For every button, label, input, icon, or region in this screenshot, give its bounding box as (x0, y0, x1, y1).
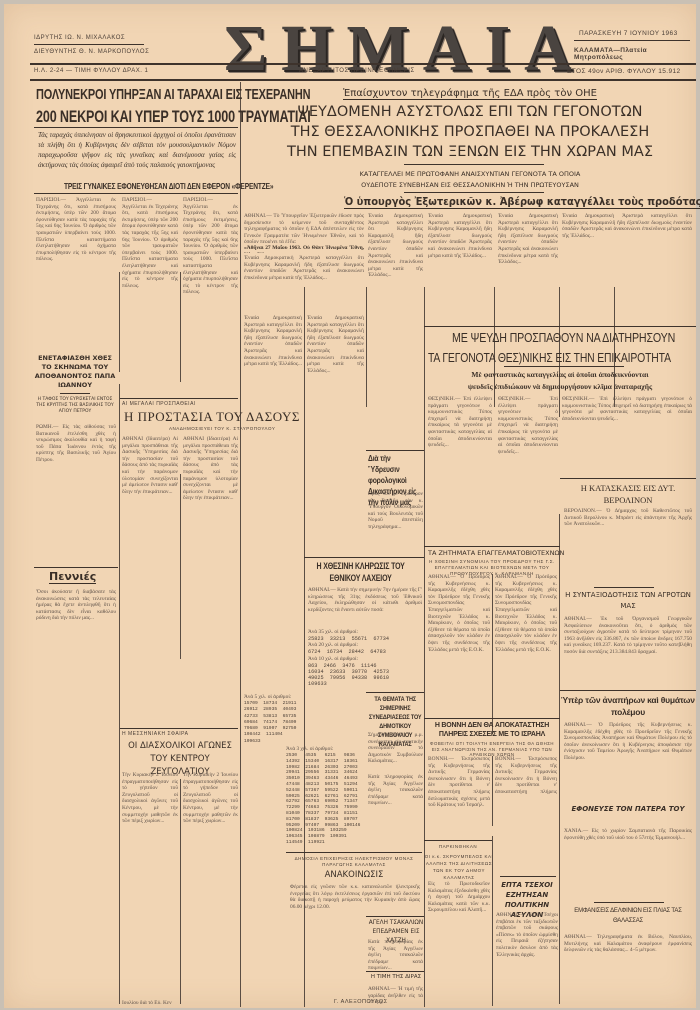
berlin-headline: Η ΚΑΤΑΣΚΑΣΙΣ ΕΙΣ ΔΥΤ. ΒΕΡΟΛΙΝΟΝ (560, 482, 696, 506)
lottery-group-label: Ἀνὰ 5 χιλ. οἱ ἀριθμοί: (244, 694, 304, 701)
dolphins-text: ΑΘΗΝΑΙ.— Τηλεγραφήματα ἐκ Βόλου, Ναυπλίο… (564, 934, 692, 1004)
lottery-results: Ἀνὰ 35 χιλ. οἱ ἀριθμοί: 25823 33213 5567… (308, 629, 422, 688)
czechs-text: ΑΘΗΝΑΙ.— Ἑπτὰ Τσέχοι ἐπιβάται ἐκ τῶν ταξ… (496, 912, 558, 1004)
sports-footer-line: Ιουλίου διὰ τὸ Εὐ. Κεν (122, 1000, 182, 1007)
main-text-col3: Ἑνιαία Δημοκρατικὴ Ἀριστερὰ καταγγέλλει … (428, 213, 492, 323)
mayor-headline: ΟΙ κ.κ. ΣΚΡΟΥΜΠΕΛΟΣ ΚΑΙ ΑΛΑΠΗΣ ΤΗΣ ΔΙΑΙΤ… (424, 853, 494, 881)
mayor-text: Εἰς τὸ Πρωτοδικεῖον Καλαμάτας ἐξεδικάσθη… (428, 881, 490, 1003)
minister-headline-text: Ὁ ὑπουργὸς Ἐξωτερικῶν κ. Ἀβέρωφ καταγγέλ… (344, 195, 700, 209)
price-line: Η.Λ. 2-24 — ΤΙΜΗ ΦΥΛΛΟΥ ΔΡΑΧ. 1 (34, 68, 148, 74)
dolphins-headline: ΕΜΦΑΝΙΣΕΙΣ ΔΕΛΦΙΝΙΩΝ ΕΙΣ ΠΛΙΑΣ ΤΑΣ ΘΑΛΑΣ… (560, 906, 696, 926)
main-text-col5: Ἑνιαία Δημοκρατικὴ Ἀριστερὰ καταγγέλλει … (562, 213, 692, 323)
craftsmen-headline: ΤΑ ΖΗΤΗΜΑΤΑ ΕΠΑΓΓΕΛΜΑΤΟΒΙΟΤΕΧΝΩΝ (428, 549, 564, 557)
main-headline-1: ΨΕΥΔΟΜΕΝΗ ΑΣΥΣΤΟΛΩΣ ΕΠΙ ΤΩΝ ΓΕΓΟΝΟΤΩΝ (244, 104, 696, 120)
left-lead-subhead: ΤΡΕΙΣ ΓΥΝΑΙΚΕΣ ΕΦΟΝΕΥΘΗΣΑΝ ΔΙΟΤΙ ΔΕΝ ΕΦΕ… (64, 181, 273, 191)
thess-text-col1: ΘΕΣ)ΝΙΚΗ.— Ἐπὶ ἐλλείψει πράγματι γεγονότ… (428, 396, 492, 546)
forest-text-col1: ΑΘΗΝΑΙ (Ιδιαιτέρα) Αἱ μεγάλαι προσπάθεια… (122, 436, 178, 656)
jackals-text: Κατὰ πληροφορίας ἐκ τῆς Ἀγίας Ἀγγέλων ἀγ… (368, 939, 423, 971)
founder-line: ΙΔΡΥΤΗΣ ΙΩ. Ν. ΜΙΧΑΛΑΚΟΣ (34, 35, 125, 41)
left-lead-deck: Τάς ταραχάς ὑπεκίνησαν οἱ θρησκευτικοὶ ἀ… (38, 130, 236, 174)
bread-price-text: ΑΘΗΝΑΙ.— Ἡ τιμὴ τῆς γαρίδας ἀνῆλθεν εἰς … (368, 986, 423, 1006)
issue-number: ΕΤΟΣ 49ον ΑΡΙΘ. ΦΥΛΛΟΥ 15.912 (567, 68, 680, 75)
lottery-headline: Η ΧΘΕΣΙΝΗ ΚΛΗΡΩΣΙΣ ΤΟΥ ΕΘΝΙΚΟΥ ΛΑΧΕΙΟΥ (306, 560, 415, 584)
father-text: ΧΑΝΙΑ.— Εἰς τὸ χωρίον Σαμπατιανὰ τῆς Παρ… (564, 828, 692, 888)
bonn-text-col2: ΒΟΝΝΗ.— Ἐκπρόσωπος τῆς Κυβερνήσεως τῆς Δ… (495, 756, 557, 796)
main-headline-3: ΤΗΝ ΕΠΕΜΒΑΣΙΝ ΤΩΝ ΞΕΝΩΝ ΕΙΣ ΤΗΝ ΧΩΡΑΝ ΜΑ… (244, 144, 696, 160)
pennies-text: Ὅσοι ἀκούσατε ἢ διαβάσατε τὰς ἀνακοινώσε… (36, 589, 116, 999)
mayor-kicker: ΠΑΡΚΙΝΘΗΚΑΝ (424, 844, 492, 849)
newspaper-page: ΙΔΡΥΤΗΣ ΙΩ. Ν. ΜΙΧΑΛΑΚΟΣ ΔΙΕΥΘΥΝΤΗΣ Θ. Ν… (4, 4, 696, 1008)
lottery-group-label: Ἀνὰ 20 χιλ. οἱ ἀριθμοί: (308, 642, 422, 649)
council-text: Σήμερον ὥραν 7 μ.μ. συνέρχεται εἰς τακτι… (368, 732, 423, 772)
funeral-headline: ΕΝΕΤΑΦΙΑΣΘΗ ΧΘΕΣ ΤΟ ΣΚΗΝΩΜΑ ΤΟΥ ΑΠΟΘΑΝΟΝ… (34, 354, 116, 390)
main-kicker-text: Ἐπαίσχυντον τηλεγράφημα τῆς ΕΔΑ πρὸς τὸν… (343, 88, 597, 100)
main-kicker: Ἐπαίσχυντον τηλεγράφημα τῆς ΕΔΑ πρὸς τὸν… (244, 88, 696, 99)
lottery-group-label: Ἀνὰ 10 χιλ. οἱ ἀριθμοί: (308, 656, 422, 663)
pensions-headline: Η ΣΥΝΤΑΞΙΟΔΟΤΗΣΙΣ ΤΩΝ ΑΓΡΟΤΩΝ ΜΑΣ (560, 590, 696, 612)
thess-text-col2: ΘΕΣ)ΝΙΚΗ.— Ἐπὶ ἐλλείψει πράγματι γεγονότ… (498, 396, 558, 546)
thess-deck-2: ψευδεῖς ἐπιδιώκουν νὰ δημιουργήσουν κλῖμ… (424, 382, 696, 391)
main-text-col2: Ἑνιαία Δημοκρατικὴ Ἀριστερὰ καταγγέλλει … (368, 213, 423, 323)
director-line: ΔΙΕΥΘΥΝΤΗΣ Θ. Ν. ΜΑΡΚΟΠΟΥΛΟΣ (34, 49, 149, 55)
bonn-headline: Η ΒΟΝΝΗ ΔΕΝ ΘΑ ΑΠΟΚΑΤΑΣΤΗΣΗ ΠΛΗΡΕΙΣ ΣΧΕΣ… (424, 721, 560, 739)
misc-text: Κατὰ πληροφορίας ἐκ τῆς Ἀγίας Ἀγγέλων ἀγ… (368, 774, 423, 919)
father-headline: ΕΦΟΝΕΥΣΕ ΤΟΝ ΠΑΤΕΡΑ ΤΟΥ (560, 804, 696, 814)
lottery-results-cont: Ἀνὰ 5 χιλ. οἱ ἀριθμοί: 15709 18734 21911… (244, 694, 304, 745)
thess-deck-1: Μὲ φανταστικὰς καταγγελίας αἱ ὁποῖαι ἀπο… (424, 370, 696, 379)
forest-text-col2: ΑΘΗΝΑΙ (Ιδιαιτέρα) Αἱ μεγάλαι προσπάθεια… (183, 436, 238, 656)
minister-headline: Ὁ ὑπουργὸς Ἐξωτερικῶν κ. Ἀβέρωφ καταγγέλ… (344, 195, 696, 208)
tagline: ΑΝΕΞΑΡΤΗΤΟΣ ΠΡΩΙΝΗ ΕΦΗΜΕΡΙΣ (299, 68, 415, 74)
thess-text-col3: ΘΕΣ)ΝΙΚΗ.— Ἐπὶ ἐλλείψει πράγματι γεγονότ… (562, 396, 692, 476)
main-sub-2: ΟΥΔΕΠΟΤΕ ΣΥΝΕΒΗΣΑΝ ΕΙΣ ΘΕΣΣΑΛΟΝΙΚΗΝ Ἡ ΤΗ… (244, 181, 696, 189)
lottery-group-numbers: 15709 18734 21911 26912 28935 40493 4273… (244, 701, 304, 745)
funeral-text: ΡΩΜΗ.— Εἰς τὰς αἰθούσας τοῦ Βατικανοῦ ἐτ… (36, 424, 116, 564)
lottery-group-label: Ἀνὰ 35 χιλ. οἱ ἀριθμοί: (308, 629, 422, 636)
main-quote-head: «Ἀθῆναι 27 Μαΐου 1963. Οὐ Θὰντ Ἡνωμένα Ἔ… (244, 245, 364, 253)
location: ΚΑΛΑΜΑΤΑ—Πλατεία Μητροπόλεως (574, 47, 696, 61)
funeral-headline-box: ΕΝΕΤΑΦΙΑΣΘΗ ΧΘΕΣ ΤΟ ΣΚΗΝΩΜΑ ΤΟΥ ΑΠΟΘΑΝΟΝ… (34, 354, 116, 415)
forest-kicker: ΑΙ ΜΕΓΑΛΑΙ ΠΡΟΣΠΑΘΕΙΑΙ (122, 401, 196, 407)
invalids-headline: Ὑπὲρ τῶν ἀναπήρων καὶ θυμάτων πολέμου (560, 694, 696, 718)
left-lead-text-col2: ΠΑΡΙΣΙΟΙ.— Ἀγγέλλεται ἐκ Τεχεράνης ὅτι, … (122, 197, 178, 372)
lottery-intro: ΑΘΗΝΑΙ.— Κατὰ τὴν σημερινὴν 7ην ἡμέραν τ… (308, 587, 422, 627)
pennies-title: Πεννιές (49, 570, 96, 584)
main-text-col2-cont: Ἑνιαία Δημοκρατικὴ Ἀριστερὰ καταγγέλλει … (307, 315, 364, 450)
pensions-text: ΑΘΗΝΑΙ.— Ἐκ τοῦ Ὀργανισμοῦ Γεωργικῶν Ἀσφ… (564, 616, 692, 676)
craftsmen-text-col2: ΑΘΗΝΑΙ.— Ὁ Πρόεδρος τῆς Κυβερνήσεως κ. Κ… (495, 574, 557, 734)
main-sub-1: ΚΑΤΑΓΓΕΛΛΕΙ ΜΕ ΠΡΩΤΟΦΑΝΗ ΑΝΑΙΣΧΥΝΤΙΑΝ ΓΕ… (244, 170, 696, 178)
left-lead-text-col3: ΠΑΡΙΣΙΟΙ.— Ἀγγέλλεται ἐκ Τεχεράνης ὅτι, … (183, 197, 238, 372)
bonn-text-col1: ΒΟΝΝΗ.— Ἐκπρόσωπος τῆς Κυβερνήσεως τῆς Δ… (428, 756, 490, 826)
sports-text-col2: Τὴν Κυριακὴν 2 Ἰουνίου ἐπραγματοποιήθησα… (183, 772, 238, 992)
sports-text-col1: Τὴν Κυριακὴν 2 Ἰουνίου ἐπραγματοποιήθησα… (122, 772, 178, 1002)
main-quote-text: Ἑνιαία Δημοκρατικὴ Ἀριστερὰ καταγγέλλει … (244, 255, 364, 313)
lottery-group-numbers: 863 2466 3476 11146 16034 23633 30770 42… (308, 663, 422, 688)
main-headline-2: ΤΗΣ ΘΕΣΣΑΛΟΝΙΚΗΣ ΠΡΟΣΠΑΘΕΙ ΝΑ ΠΡΟΚΑΛΕΣΗ (244, 124, 696, 140)
berlin-text: ΒΕΡΟΛΙΝΟΝ.— Ὁ Δήμαρχος τοῦ Καθεστῶτος το… (564, 508, 692, 546)
thess-headline-1: ΜΕ ΨΕΥΔΗ ΠΡΟΣΠΑΘΟΥΝ ΝΑ ΔΙΑΤΗΡΗΣΟΥΝ (452, 330, 675, 345)
bread-price-headline: Η ΤΙΜΗ ΤΗΣ ΔΙΡΑΣ (366, 974, 426, 980)
main-text-intro: ΑΘΗΝΑΙ.— Τὸ Ὑπουργεῖον Ἐξωτερικῶν ἐδωσε … (244, 213, 364, 243)
sports-kicker: Η ΜΕΣΣΗΝΙΑΚΗ ΣΦΑΙΡΑ (122, 731, 188, 737)
hydra-text: Πρὸς τὸν κ. Πρόεδρον τῆς Βουλῆς, τὸν κ. … (368, 491, 423, 553)
issue-date: ΠΑΡΑΣΚΕΥΗ 7 ΙΟΥΝΙΟΥ 1963 (579, 30, 678, 37)
left-lead-text-col1: ΠΑΡΙΣΙΟΙ.— Ἀγγέλλεται ἐκ Τεχεράνης ὅτι, … (36, 197, 116, 347)
craftsmen-text-col1: ΑΘΗΝΑΙ.— Ὁ Πρόεδρος τῆς Κυβερνήσεως κ. Κ… (428, 574, 490, 734)
invalids-text: ΑΘΗΝΑΙ.— Ὁ Πρόεδρος τῆς Κυβερνήσεως κ. Κ… (564, 722, 692, 786)
main-text-col4: Ἑνιαία Δημοκρατικὴ Ἀριστερὰ καταγγέλλει … (498, 213, 558, 323)
thess-headline-2: ΤΑ ΓΕΓΟΝΟΤΑ ΘΕΣ)ΝΙΚΗΣ ΕΙΣ ΤΗΝ ΕΠΙΚΑΙΡΟΤΗ… (428, 350, 671, 365)
funeral-subhead: Η ΤΑΦΟΣ ΤΟΥ ΕΥΡΙΣΚΕΤΑΙ ΕΝΤΟΣ ΤΗΣ ΚΡΥΠΤΗΣ… (34, 397, 116, 415)
